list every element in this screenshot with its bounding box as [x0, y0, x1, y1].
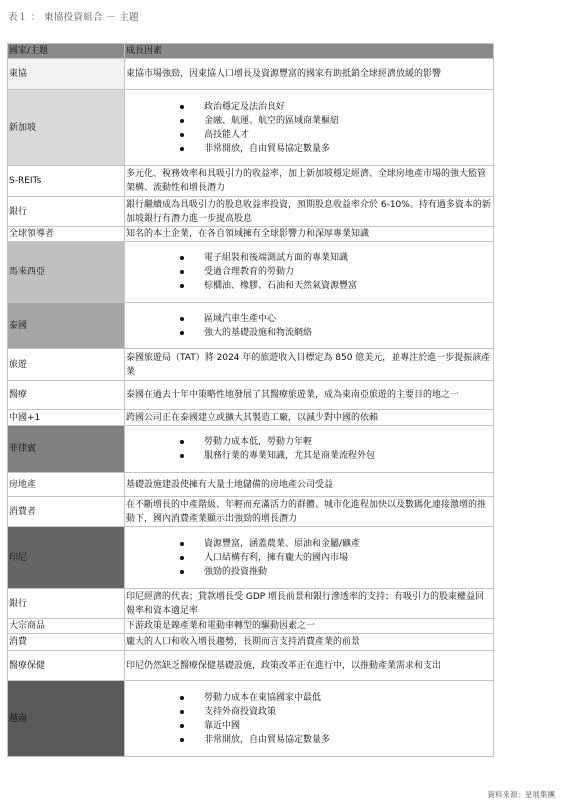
- bullet-text: 靠近中國: [204, 721, 240, 731]
- bullet-text: 勞動力成本低，勞動力年輕: [204, 437, 312, 447]
- row-description: 基礎設施建設使擁有大量土地儲備的房地產公司受益: [125, 473, 494, 497]
- row-description: 泰國在過去十年中策略性地發展了其醫療旅遊業，成為東南亞旅遊的主要目的地之一: [125, 381, 494, 410]
- bullet-dot-icon: [180, 696, 184, 700]
- bullet-dot-icon: [180, 105, 184, 109]
- table-row: 大宗商品下游政策是鎳產業和電動車轉型的驅動因素之一: [8, 619, 494, 634]
- table-row: 銀行印尼經濟的代表；貸款增長受 GDP 增長前景和銀行滲透率的支持；有吸引力的股…: [8, 589, 494, 619]
- bullet-item: 高技能人才: [180, 128, 492, 142]
- table-row: 銀行銀行繼續成為具吸引力的股息收益率投資，預期股息收益率介於 6-10%。持有過…: [8, 197, 494, 227]
- bullet-item: 區域汽車生產中心: [180, 312, 492, 326]
- bullet-item: 支持外商投資政策: [180, 705, 492, 719]
- bullet-item: 強勁的投資推動: [180, 565, 492, 579]
- row-description: 印尼仍然缺乏醫療保健基礎設施，政策改革正在進行中，以推動產業需求和支出: [125, 651, 494, 681]
- row-description: 龐大的人口和收入增長趨勢，長期而言支持消費產業的前景: [125, 634, 494, 651]
- bullet-item: 金融、航運、航空的區域商業樞紐: [180, 114, 492, 128]
- table-row: 醫療泰國在過去十年中策略性地發展了其醫療旅遊業，成為東南亞旅遊的主要目的地之一: [8, 381, 494, 410]
- row-label: 醫療保健: [8, 651, 125, 681]
- table-row: 東協東協市場強勁，因東協人口增長及資源豐富的國家有助抵銷全球經濟放緩的影響: [8, 59, 494, 90]
- bullet-item: 服務行業的專業知識，尤其是商業流程外包: [180, 449, 492, 463]
- bullet-dot-icon: [180, 556, 184, 560]
- row-label: 馬來西亞: [8, 242, 125, 303]
- bullet-dot-icon: [180, 710, 184, 714]
- bullet-item: 非常開放，自由貿易協定數量多: [180, 142, 492, 156]
- bullet-text: 支持外商投資政策: [204, 707, 276, 717]
- row-bullets: 勞動力成本低，勞動力年輕服務行業的專業知識，尤其是商業流程外包: [125, 426, 494, 473]
- row-bullets: 政治穩定及法治良好金融、航運、航空的區域商業樞紐高技能人才非常開放，自由貿易協定…: [125, 90, 494, 166]
- bullet-text: 區域汽車生產中心: [204, 314, 276, 324]
- row-description: 泰國旅遊局（TAT）將 2024 年的旅遊收入目標定為 850 億美元，並專注於…: [125, 349, 494, 381]
- bullet-item: 資源豐富，涵蓋農業、原油和金屬/礦產: [180, 537, 492, 551]
- bullet-dot-icon: [180, 147, 184, 151]
- bullet-dot-icon: [180, 317, 184, 321]
- bullet-list: 電子組裝和後端測試方面的專業知識受過合理教育的勞動力棕櫚油、橡膠、石油和天然氣資…: [126, 251, 492, 293]
- row-description: 跨國公司正在泰國建立或擴大其製造工廠，以減少對中國的依賴: [125, 410, 494, 426]
- bullet-dot-icon: [180, 570, 184, 574]
- table-row: 泰國區域汽車生產中心強大的基礎設施和物流網絡: [8, 303, 494, 349]
- row-label: 菲律賓: [8, 426, 125, 473]
- row-description: 多元化、稅務效率和具吸引力的收益率，加上新加坡穩定經濟、全球房地產市場的強大監管…: [125, 166, 494, 197]
- bullet-dot-icon: [180, 454, 184, 458]
- bullet-list: 區域汽車生產中心強大的基礎設施和物流網絡: [126, 312, 492, 340]
- bullet-text: 強大的基礎設施和物流網絡: [204, 328, 312, 338]
- row-bullets: 資源豐富，涵蓋農業、原油和金屬/礦產人口結構有利，擁有龐大的國內市場強勁的投資推…: [125, 527, 494, 589]
- row-label: 越南: [8, 681, 125, 757]
- row-description: 下游政策是鎳產業和電動車轉型的驅動因素之一: [125, 619, 494, 634]
- row-bullets: 區域汽車生產中心強大的基礎設施和物流網絡: [125, 303, 494, 349]
- bullet-text: 強勁的投資推動: [204, 567, 267, 577]
- bullet-text: 受過合理教育的勞動力: [204, 267, 294, 277]
- bullet-text: 棕櫚油、橡膠、石油和天然氣資源豐富: [204, 281, 357, 291]
- table-row: 房地產基礎設施建設使擁有大量土地儲備的房地產公司受益: [8, 473, 494, 497]
- row-label: 消費者: [8, 497, 125, 527]
- bullet-dot-icon: [180, 256, 184, 260]
- bullet-dot-icon: [180, 542, 184, 546]
- bullet-dot-icon: [180, 724, 184, 728]
- table-row: 菲律賓勞動力成本低，勞動力年輕服務行業的專業知識，尤其是商業流程外包: [8, 426, 494, 473]
- table-row: 越南勞動力成本在東協國家中最低支持外商投資政策靠近中國非常開放，自由貿易協定數量…: [8, 681, 494, 757]
- table-row: 消費者在不斷增長的中產階級、年輕而充滿活力的群體、城市化進程加快以及數碼化連接激…: [8, 497, 494, 527]
- bullet-text: 高技能人才: [204, 130, 249, 140]
- bullet-text: 非常開放，自由貿易協定數量多: [204, 144, 330, 154]
- row-description: 東協市場強勁，因東協人口增長及資源豐富的國家有助抵銷全球經濟放緩的影響: [125, 59, 494, 90]
- bullet-item: 非常開放，自由貿易協定數量多: [180, 733, 492, 747]
- table-row: 消費龐大的人口和收入增長趨勢，長期而言支持消費產業的前景: [8, 634, 494, 651]
- bullet-text: 非常開放，自由貿易協定數量多: [204, 735, 330, 745]
- row-label: 房地產: [8, 473, 125, 497]
- row-label: 中國+1: [8, 410, 125, 426]
- table-row: S-REITs多元化、稅務效率和具吸引力的收益率，加上新加坡穩定經濟、全球房地產…: [8, 166, 494, 197]
- row-bullets: 勞動力成本在東協國家中最低支持外商投資政策靠近中國非常開放，自由貿易協定數量多: [125, 681, 494, 757]
- row-label: 旅遊: [8, 349, 125, 381]
- bullet-text: 資源豐富，涵蓋農業、原油和金屬/礦產: [204, 539, 360, 549]
- bullet-item: 強大的基礎設施和物流網絡: [180, 326, 492, 340]
- row-bullets: 電子組裝和後端測試方面的專業知識受過合理教育的勞動力棕櫚油、橡膠、石油和天然氣資…: [125, 242, 494, 303]
- table-header-row: 國家/主題 成長因素: [8, 44, 494, 59]
- header-country-theme: 國家/主題: [8, 44, 125, 59]
- table-row: 馬來西亞電子組裝和後端測試方面的專業知識受過合理教育的勞動力棕櫚油、橡膠、石油和…: [8, 242, 494, 303]
- bullet-text: 金融、航運、航空的區域商業樞紐: [204, 116, 339, 126]
- asean-portfolio-table: 國家/主題 成長因素 東協東協市場強勁，因東協人口增長及資源豐富的國家有助抵銷全…: [7, 43, 494, 757]
- row-label: 全球領導者: [8, 227, 125, 242]
- bullet-list: 勞動力成本低，勞動力年輕服務行業的專業知識，尤其是商業流程外包: [126, 435, 492, 463]
- row-label: 大宗商品: [8, 619, 125, 634]
- row-label: S-REITs: [8, 166, 125, 197]
- row-description: 知名的本土企業，在各自領域擁有全球影響力和深厚專業知識: [125, 227, 494, 242]
- bullet-dot-icon: [180, 270, 184, 274]
- row-description: 印尼經濟的代表；貸款增長受 GDP 增長前景和銀行滲透率的支持；有吸引力的股東權…: [125, 589, 494, 619]
- bullet-item: 勞動力成本低，勞動力年輕: [180, 435, 492, 449]
- bullet-list: 政治穩定及法治良好金融、航運、航空的區域商業樞紐高技能人才非常開放，自由貿易協定…: [126, 100, 492, 156]
- bullet-text: 勞動力成本在東協國家中最低: [204, 693, 321, 703]
- table-row: 全球領導者知名的本土企業，在各自領域擁有全球影響力和深厚專業知識: [8, 227, 494, 242]
- bullet-dot-icon: [180, 119, 184, 123]
- source-note: 資料來源：星展集團: [488, 789, 556, 800]
- bullet-list: 勞動力成本在東協國家中最低支持外商投資政策靠近中國非常開放，自由貿易協定數量多: [126, 691, 492, 747]
- bullet-dot-icon: [180, 331, 184, 335]
- bullet-text: 服務行業的專業知識，尤其是商業流程外包: [204, 451, 375, 461]
- bullet-dot-icon: [180, 284, 184, 288]
- table-title: 表１ ： 東協投資組合 － 主題: [8, 9, 139, 23]
- row-label: 消費: [8, 634, 125, 651]
- row-label: 印尼: [8, 527, 125, 589]
- table-row: 中國+1跨國公司正在泰國建立或擴大其製造工廠，以減少對中國的依賴: [8, 410, 494, 426]
- row-label: 新加坡: [8, 90, 125, 166]
- bullet-list: 資源豐富，涵蓋農業、原油和金屬/礦產人口結構有利，擁有龐大的國內市場強勁的投資推…: [126, 537, 492, 579]
- bullet-item: 電子組裝和後端測試方面的專業知識: [180, 251, 492, 265]
- bullet-item: 人口結構有利，擁有龐大的國內市場: [180, 551, 492, 565]
- bullet-text: 電子組裝和後端測試方面的專業知識: [204, 253, 348, 263]
- header-growth-factors: 成長因素: [125, 44, 494, 59]
- row-description: 在不斷增長的中產階級、年輕而充滿活力的群體、城市化進程加快以及數碼化連接激增的推…: [125, 497, 494, 527]
- bullet-item: 靠近中國: [180, 719, 492, 733]
- row-label: 銀行: [8, 197, 125, 227]
- bullet-text: 政治穩定及法治良好: [204, 102, 285, 112]
- row-label: 醫療: [8, 381, 125, 410]
- bullet-text: 人口結構有利，擁有龐大的國內市場: [204, 553, 348, 563]
- row-label: 泰國: [8, 303, 125, 349]
- bullet-item: 受過合理教育的勞動力: [180, 265, 492, 279]
- bullet-item: 政治穩定及法治良好: [180, 100, 492, 114]
- bullet-dot-icon: [180, 440, 184, 444]
- table-row: 印尼資源豐富，涵蓋農業、原油和金屬/礦產人口結構有利，擁有龐大的國內市場強勁的投…: [8, 527, 494, 589]
- bullet-dot-icon: [180, 133, 184, 137]
- bullet-dot-icon: [180, 738, 184, 742]
- row-label: 銀行: [8, 589, 125, 619]
- bullet-item: 棕櫚油、橡膠、石油和天然氣資源豐富: [180, 279, 492, 293]
- table-row: 旅遊泰國旅遊局（TAT）將 2024 年的旅遊收入目標定為 850 億美元，並專…: [8, 349, 494, 381]
- table-row: 醫療保健印尼仍然缺乏醫療保健基礎設施，政策改革正在進行中，以推動產業需求和支出: [8, 651, 494, 681]
- row-description: 銀行繼續成為具吸引力的股息收益率投資，預期股息收益率介於 6-10%。持有過多資…: [125, 197, 494, 227]
- table-row: 新加坡政治穩定及法治良好金融、航運、航空的區域商業樞紐高技能人才非常開放，自由貿…: [8, 90, 494, 166]
- row-label: 東協: [8, 59, 125, 90]
- bullet-item: 勞動力成本在東協國家中最低: [180, 691, 492, 705]
